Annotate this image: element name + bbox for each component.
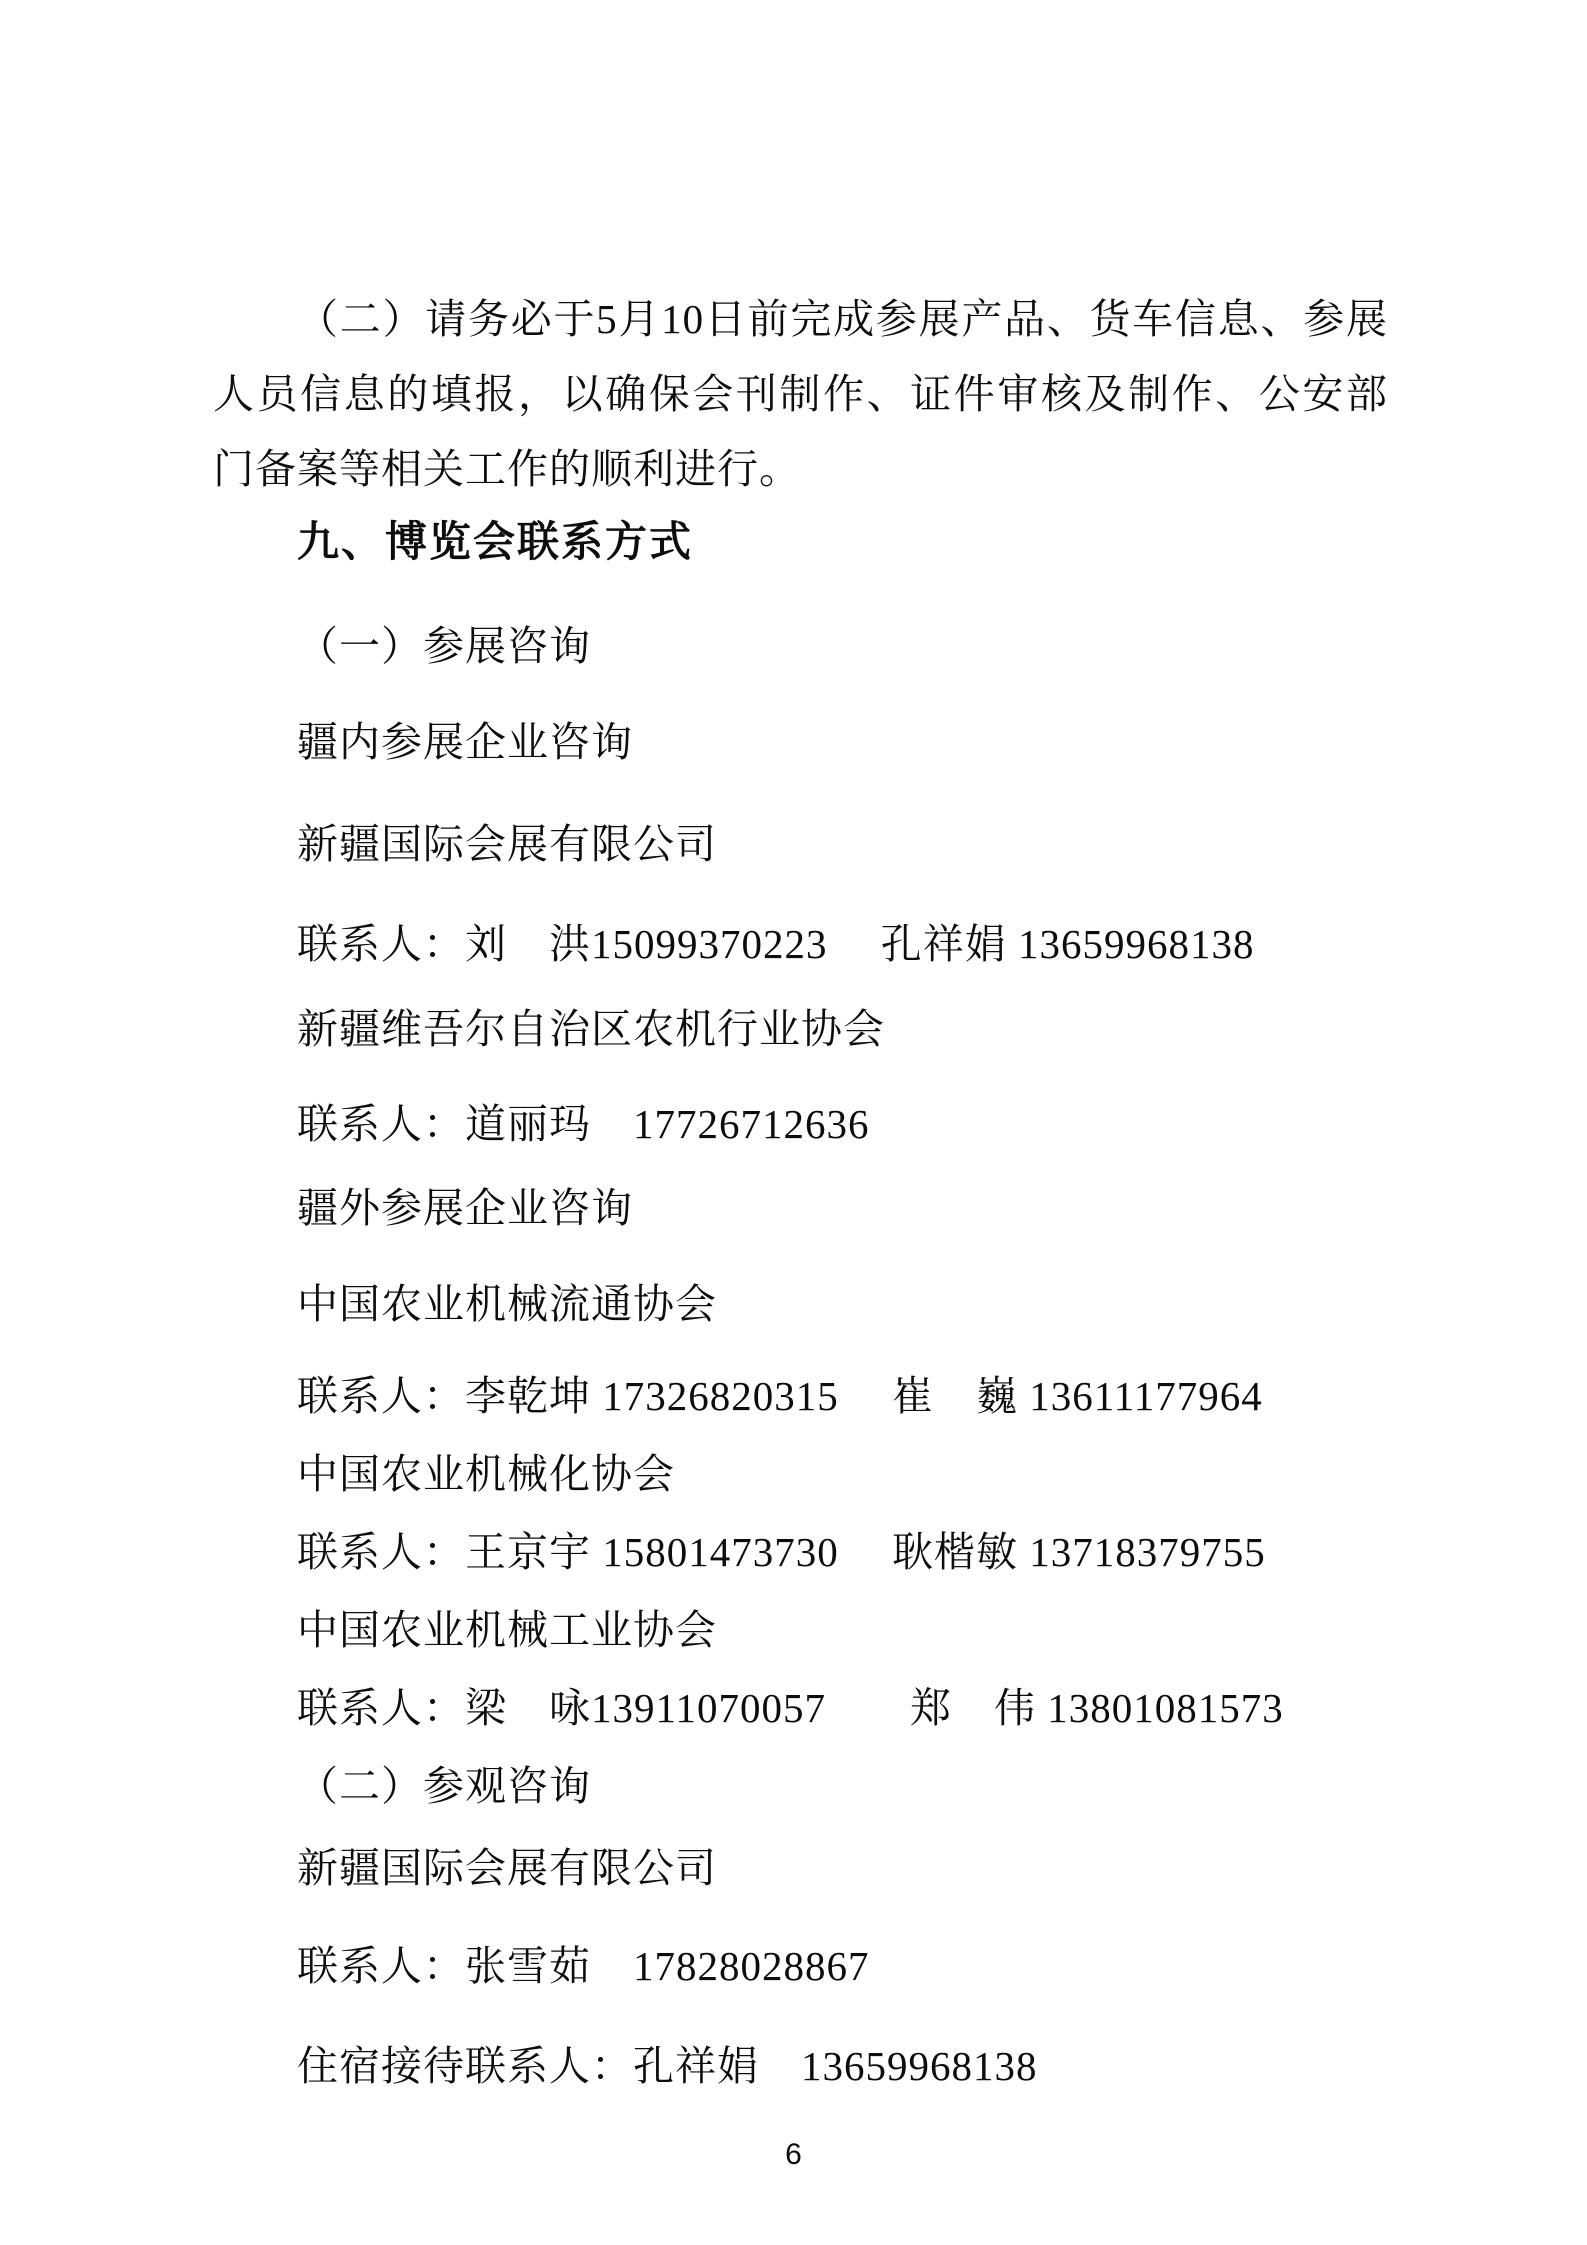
- org-name: 新疆国际会展有限公司: [213, 818, 1472, 870]
- contact-line: 联系人：张雪茹 17828028867: [213, 1940, 1472, 1992]
- para-line: 人员信息的填报，以确保会刊制作、证件审核及制作、公安部: [213, 368, 1388, 420]
- label-outer-xinjiang: 疆外参展企业咨询: [213, 1182, 1472, 1234]
- document-page: （二）请务必于5月10日前完成参展产品、货车信息、参展 人员信息的填报，以确保会…: [0, 0, 1587, 2245]
- para-line: 门备案等相关工作的顺利进行。: [213, 443, 1388, 495]
- contact-line: 联系人：刘 洪15099370223 孔祥娟 13659968138: [213, 918, 1472, 970]
- section-heading: 九、博览会联系方式: [213, 516, 1472, 568]
- org-name: 新疆国际会展有限公司: [213, 1842, 1472, 1894]
- org-name: 中国农业机械流通协会: [213, 1278, 1472, 1330]
- subsection-title-exhibit-consult: （一）参展咨询: [213, 620, 1472, 672]
- page-number: 6: [0, 2138, 1587, 2172]
- org-name: 中国农业机械工业协会: [213, 1604, 1472, 1656]
- contact-line: 联系人：李乾坤 17326820315 崔 巍 13611177964: [213, 1370, 1472, 1422]
- contact-line: 联系人：王京宇 15801473730 耿楷敏 13718379755: [213, 1526, 1472, 1578]
- org-name: 中国农业机械化协会: [213, 1448, 1472, 1500]
- contact-line: 联系人：道丽玛 17726712636: [213, 1098, 1472, 1150]
- contact-line: 联系人：梁 咏13911070057 郑 伟 13801081573: [213, 1682, 1472, 1734]
- subsection-title-visit-consult: （二）参观咨询: [213, 1760, 1472, 1812]
- accommodation-contact-line: 住宿接待联系人：孔祥娟 13659968138: [213, 2040, 1472, 2092]
- label-inner-xinjiang: 疆内参展企业咨询: [213, 716, 1472, 768]
- org-name: 新疆维吾尔自治区农机行业协会: [213, 1003, 1472, 1055]
- para-line: （二）请务必于5月10日前完成参展产品、货车信息、参展: [213, 293, 1388, 345]
